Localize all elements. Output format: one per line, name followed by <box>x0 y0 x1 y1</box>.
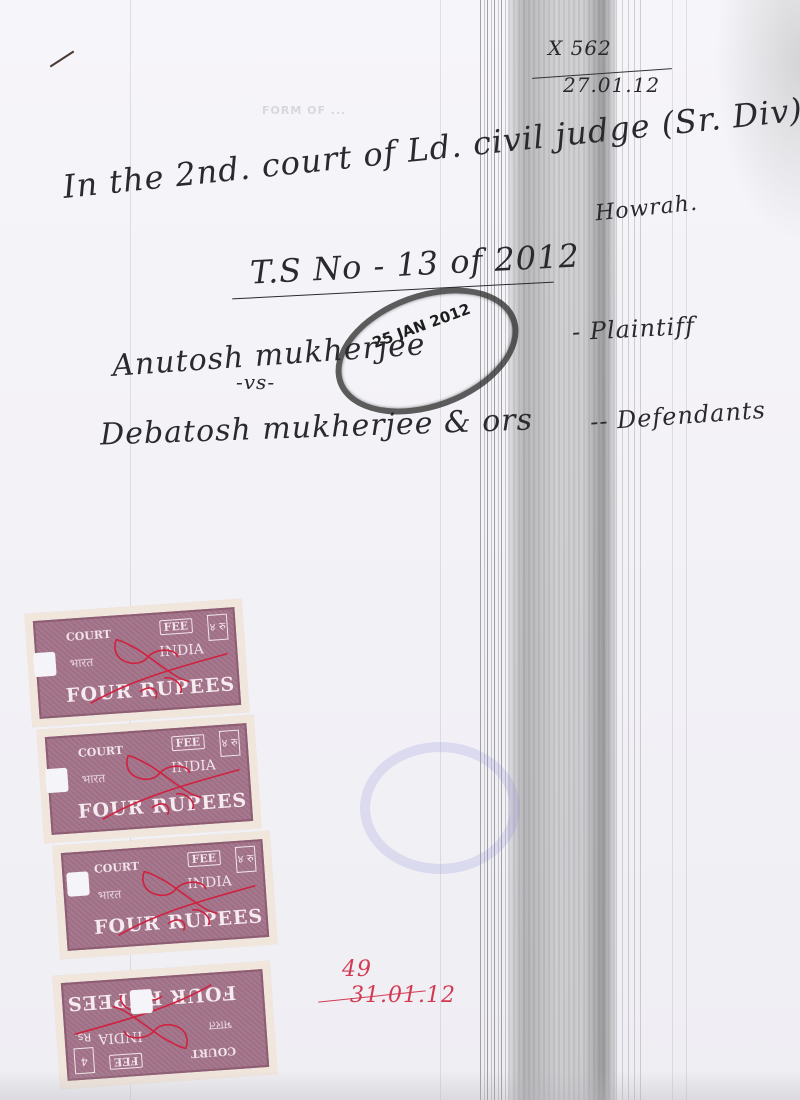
scan-line <box>672 0 673 1100</box>
stamp-punch-hole <box>45 768 69 793</box>
cancellation-signature-icon <box>71 974 226 1064</box>
copier-streak <box>508 0 616 1100</box>
stamp-punch-hole <box>129 989 153 1014</box>
copier-streak <box>616 0 646 1100</box>
scanned-page: FORM OF ... X 562 27.01.12 In the 2nd. c… <box>0 0 800 1100</box>
plaintiff-role: - Plaintiff <box>571 312 695 346</box>
pen-mark <box>50 51 75 68</box>
stamp-face: COURTFEE4 Rs.भारतINDIAFOUR RUPEES <box>61 969 269 1081</box>
scan-line <box>686 0 687 1100</box>
cancellation-signature-icon <box>88 740 243 830</box>
versus-label: -vs- <box>236 370 275 394</box>
stamp-punch-hole <box>33 652 57 677</box>
entry-number: 49 <box>342 957 372 982</box>
court-heading: In the 2nd. court of Ld. civil judge (Sr… <box>61 86 800 206</box>
cancellation-signature-icon <box>104 856 259 946</box>
reference-date: 27.01.12 <box>563 73 660 97</box>
court-fee-stamp: COURTFEE४ रुभारतINDIAFOUR RUPEES <box>24 599 249 728</box>
stamp-face: COURTFEE४ रुभारतINDIAFOUR RUPEES <box>33 607 241 719</box>
cancellation-signature-icon <box>76 624 231 714</box>
court-fee-stamp: COURTFEE४ रुभारतINDIAFOUR RUPEES <box>36 715 261 844</box>
stamp-punch-hole <box>66 871 90 896</box>
entry-date: 31.01.12 <box>350 983 456 1008</box>
faint-office-seal <box>360 742 520 874</box>
defendant-name: Debatosh mukherjee & ors <box>100 402 534 452</box>
stamp-face: COURTFEE४ रुभारतINDIAFOUR RUPEES <box>61 839 269 951</box>
scan-edge-shadow <box>0 1070 800 1100</box>
stamp-face: COURTFEE४ रुभारतINDIAFOUR RUPEES <box>45 723 253 835</box>
court-fee-stamp: COURTFEE४ रुभारतINDIAFOUR RUPEES <box>52 831 277 960</box>
reference-number: X 562 <box>548 36 612 60</box>
copier-streak <box>480 0 508 1100</box>
faint-form-heading: FORM OF ... <box>262 104 346 117</box>
